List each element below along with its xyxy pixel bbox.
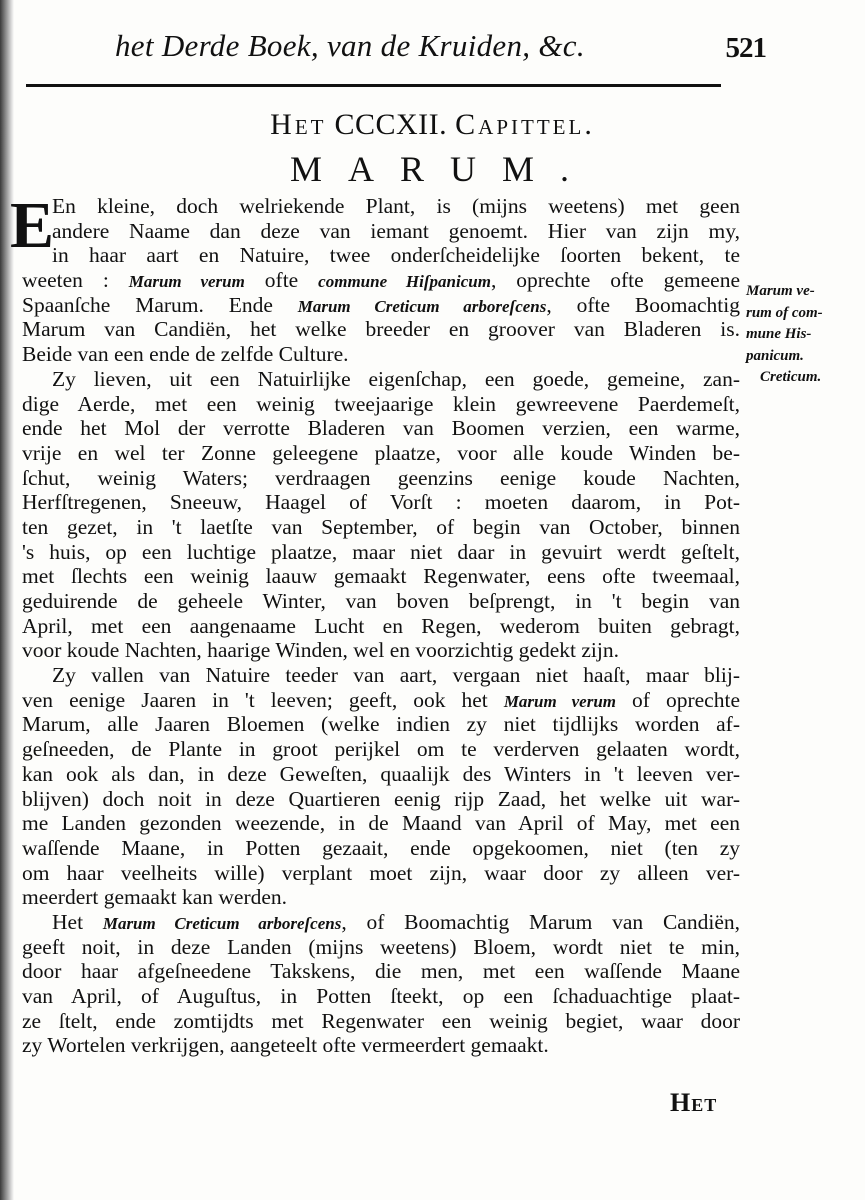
latin-name: commune Hiſpanicum	[318, 272, 491, 291]
text-line: April, met een aangenaame Lucht en Regen…	[22, 614, 740, 639]
chapter-number: CCCXII.	[334, 108, 447, 141]
text-line: ven eenige Jaaren in 't leeven; geeft, o…	[22, 688, 740, 713]
margin-note-line: panicum.	[746, 346, 856, 368]
latin-name: Marum verum	[129, 272, 245, 291]
text-line: door haar afgeſneedene Takskens, die men…	[22, 959, 740, 984]
margin-note-line: Marum ve-	[746, 281, 856, 303]
text-run: Het	[52, 910, 103, 934]
text-line: En kleine, doch welriekende Plant, is (m…	[22, 194, 740, 219]
header-rule	[26, 84, 721, 87]
text-line: ſchut, weinig Waters; verdraagen geenzin…	[22, 466, 740, 491]
text-line: andere Naame dan deze van iemant genoemt…	[22, 219, 740, 244]
text-run: Spaanſche Marum. Ende	[22, 293, 298, 317]
text-line: blijven) doch noit in deze Quartieren ee…	[22, 787, 740, 812]
chapter-title: Het CCCXII. Capittel.	[0, 108, 865, 142]
running-head: het Derde Boek, van de Kruiden, &c. 521	[60, 28, 750, 68]
text-line: zy Wortelen verkrijgen, aangeteelt ofte …	[22, 1033, 740, 1058]
text-run: , ofte Boomachtig	[546, 293, 740, 317]
chapter-label: Capittel.	[455, 108, 595, 141]
text-line: van April, of Auguſtus, in Potten ſteekt…	[22, 984, 740, 1009]
text-line: Marum van Candiën, het welke breeder en …	[22, 317, 740, 342]
text-line: Het Marum Creticum arboreſcens, of Booma…	[22, 910, 740, 935]
text-line: met ſlechts een weinig laauw gemaakt Reg…	[22, 564, 740, 589]
body-text: En kleine, doch welriekende Plant, is (m…	[22, 194, 740, 1058]
text-line: om haar veelheits wille) verplant moet z…	[22, 861, 740, 886]
text-line: in haar aart en Natuire, twee onderſchei…	[22, 243, 740, 268]
text-run: of oprechte	[616, 688, 740, 712]
text-line: 's huis, op een luchtige plaatze, maar n…	[22, 540, 740, 565]
text-line: Spaanſche Marum. Ende Marum Creticum arb…	[22, 293, 740, 318]
text-run: ven eenige Jaaren in 't leeven; geeft, o…	[22, 688, 504, 712]
running-title: het Derde Boek, van de Kruiden, &c.	[115, 28, 585, 64]
text-line: geduirende de geheele Winter, van boven …	[22, 589, 740, 614]
margin-note-line: rum of com-	[746, 303, 856, 325]
paragraph: Het Marum Creticum arboreſcens, of Booma…	[22, 910, 740, 1058]
text-line: dige Aerde, met een weinig tweejaarige k…	[22, 392, 740, 417]
text-line: ende het Mol der verrotte Bladeren van B…	[22, 416, 740, 441]
latin-name: Marum Creticum arboreſcens	[103, 914, 342, 933]
text-run: , oprechte ofte gemeene	[491, 268, 740, 292]
text-line: waſſende Maane, in Potten gezaait, ende …	[22, 836, 740, 861]
text-line: Herfſtregenen, Sneeuw, Haagel of Vorſt :…	[22, 490, 740, 515]
text-line: meerdert gemaakt kan werden.	[22, 885, 740, 910]
chapter-prefix: Het	[270, 108, 326, 141]
paragraph: Zy vallen van Natuire teeder van aart, v…	[22, 663, 740, 910]
latin-name: Marum Creticum arboreſcens	[298, 297, 547, 316]
text-line: kan ook als dan, in deze Geweſten, quaal…	[22, 762, 740, 787]
text-line: voor koude Nachten, haarige Winden, wel …	[22, 638, 740, 663]
text-run: ofte	[245, 268, 318, 292]
text-line: geeft noit, in deze Landen (mijns weeten…	[22, 935, 740, 960]
text-line: ten gezet, in 't laetſte van September, …	[22, 515, 740, 540]
margin-note-line: mune His-	[746, 324, 856, 346]
paragraph: Zy lieven, uit een Natuirlijke eigenſcha…	[22, 367, 740, 663]
text-line: Zy vallen van Natuire teeder van aart, v…	[22, 663, 740, 688]
page-number: 521	[726, 32, 767, 65]
latin-name: Marum verum	[504, 692, 616, 711]
text-line: Beide van een ende de zelfde Culture.	[22, 342, 740, 367]
margin-note-line: Creticum.	[746, 367, 856, 389]
text-run: , of Boomachtig Marum van Candiën,	[341, 910, 740, 934]
text-line: Marum, alle Jaaren Bloemen (welke indien…	[22, 712, 740, 737]
catchword: Het	[670, 1088, 717, 1118]
margin-notes: Marum ve-rum of com-mune His-panicum.Cre…	[746, 281, 856, 389]
paragraph: En kleine, doch welriekende Plant, is (m…	[22, 194, 740, 367]
text-line: me Landen gezonden weezende, in de Maand…	[22, 811, 740, 836]
text-line: ze ſtelt, ende zomtijdts met Regenwater …	[22, 1009, 740, 1034]
text-run: weeten :	[22, 268, 129, 292]
text-line: geſneeden, de Plante in groot perijkel o…	[22, 737, 740, 762]
text-line: Zy lieven, uit een Natuirlijke eigenſcha…	[22, 367, 740, 392]
text-line: vrije en wel ter Zonne geleegene plaatze…	[22, 441, 740, 466]
plant-title: MARUM.	[0, 148, 865, 190]
text-line: weeten : Marum verum ofte commune Hiſpan…	[22, 268, 740, 293]
